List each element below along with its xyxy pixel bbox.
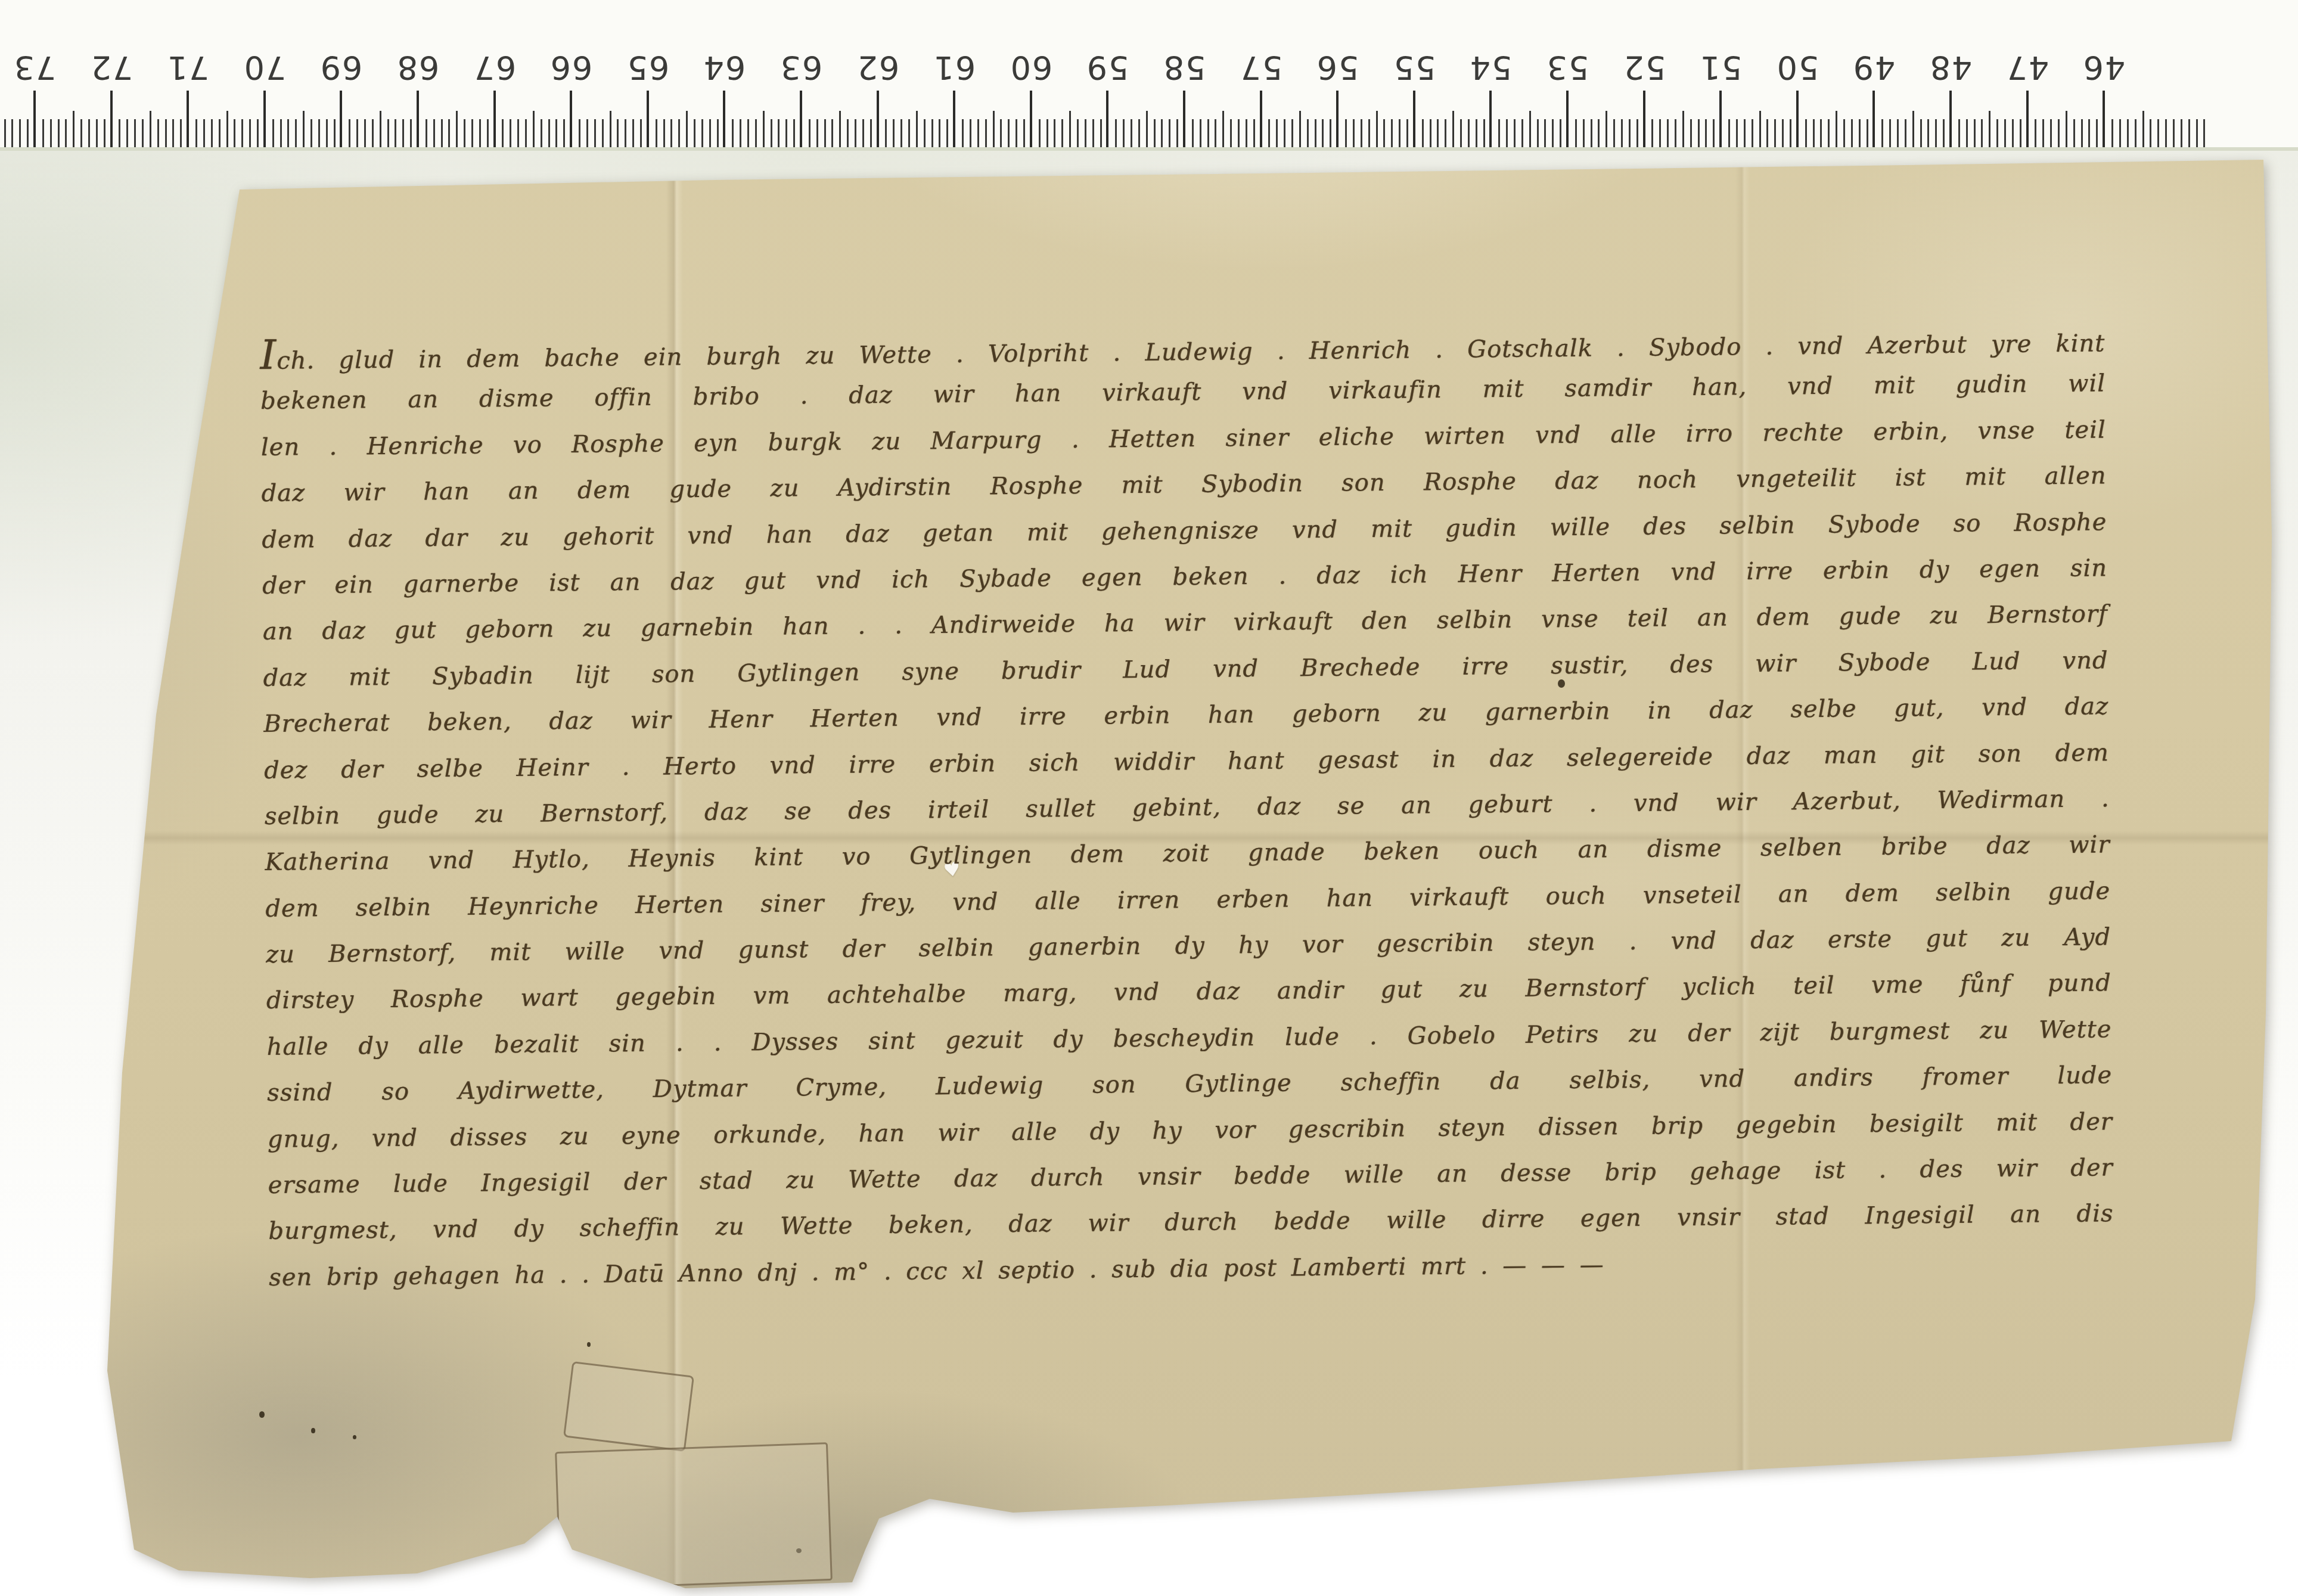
parchment: ♥ Ich. glud in dem bache ein burgh zu We…: [0, 0, 2298, 1596]
photo-scene: 7372717069686766656463626160595857565554…: [0, 0, 2298, 1596]
ink-speck: [353, 1435, 356, 1439]
manuscript-text: Ich. glud in dem bache ein burgh zu Wett…: [260, 315, 2114, 1301]
ink-speck: [587, 1342, 591, 1347]
ink-speck: [311, 1428, 315, 1433]
tear-flap: [555, 1442, 833, 1590]
parchment-wrap: ♥ Ich. glud in dem bache ein burgh zu We…: [0, 0, 2298, 1596]
ink-speck: [259, 1411, 265, 1418]
tear-flap: [563, 1361, 694, 1452]
